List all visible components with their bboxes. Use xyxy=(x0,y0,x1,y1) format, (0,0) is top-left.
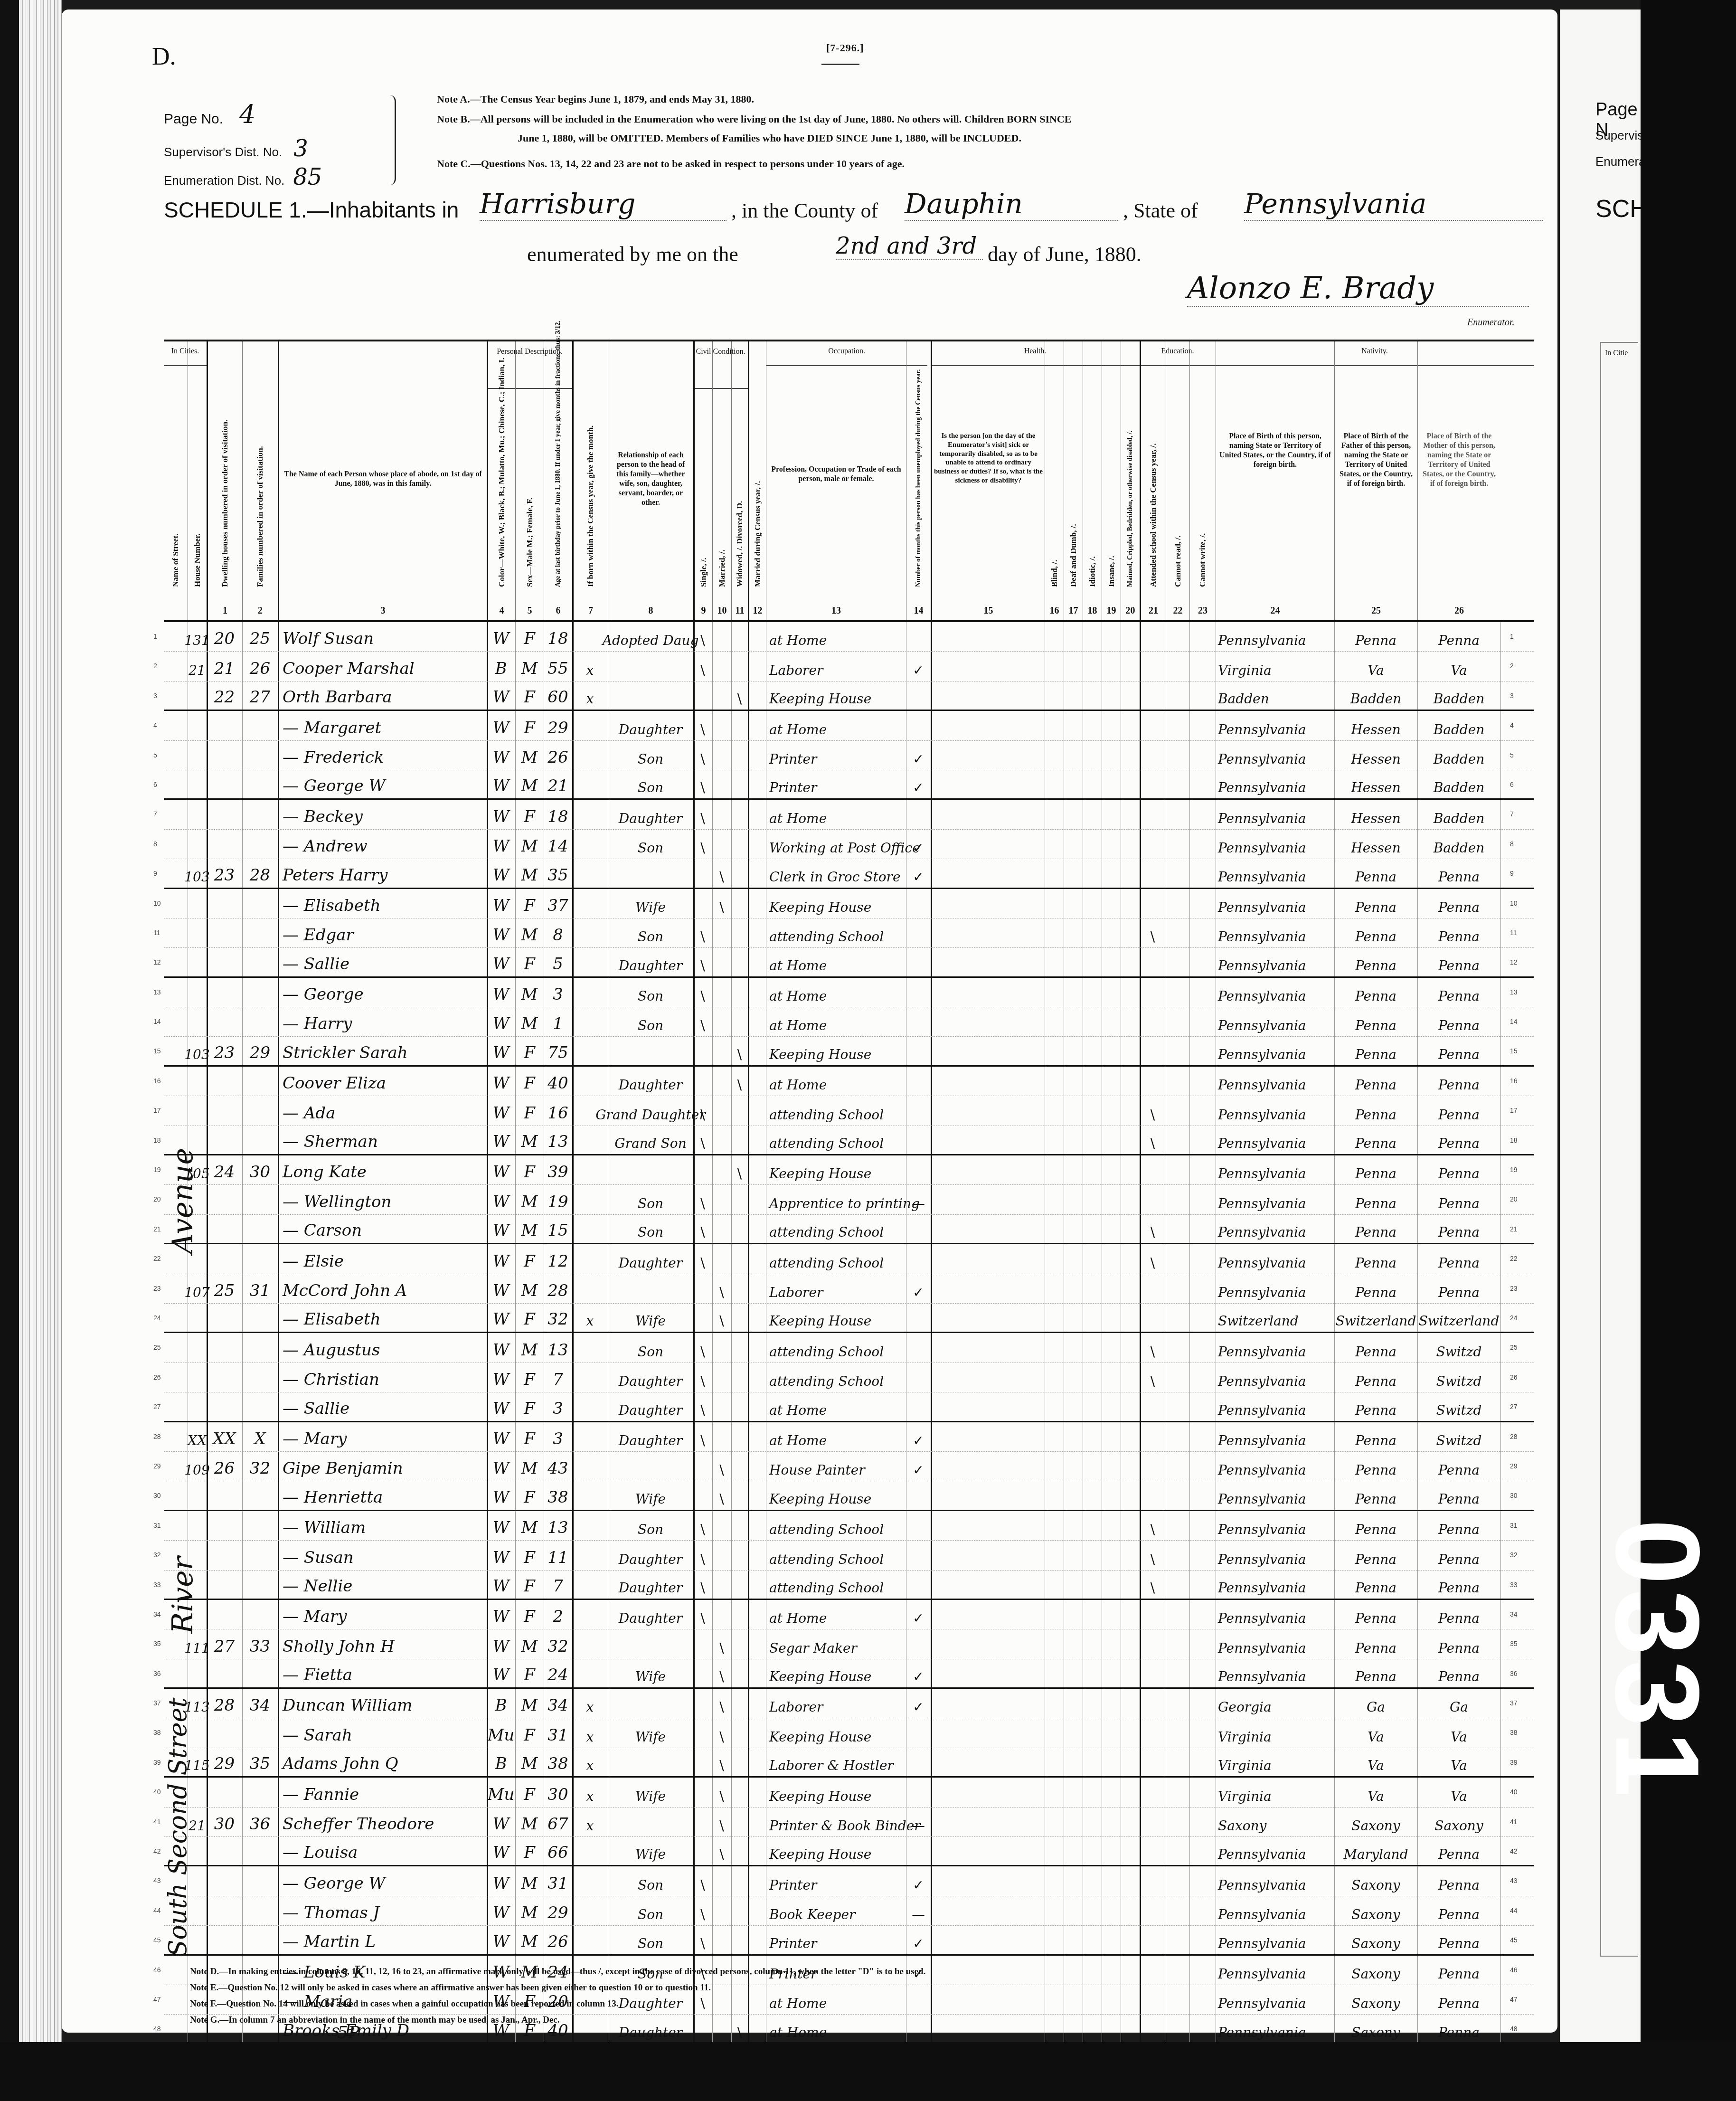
cell-married xyxy=(712,1007,731,1036)
line-number: 12 xyxy=(1510,958,1518,966)
line-number: 34 xyxy=(153,1610,161,1618)
cell-occupation: Keeping House xyxy=(769,889,906,918)
cell-school xyxy=(1140,2015,1166,2043)
cell-single xyxy=(693,1837,712,1865)
cell-father: Saxony xyxy=(1334,1985,1417,2014)
cell-color: W xyxy=(487,1571,515,1599)
table-row: 212126Cooper MarshalBM55x\Laborer✓Virgin… xyxy=(164,652,1534,681)
cell-family xyxy=(242,1067,278,1096)
cell-widowed xyxy=(731,1481,748,1509)
cell-unemployed xyxy=(906,1333,931,1362)
cell-color: W xyxy=(487,1185,515,1214)
cell-mother: Penna xyxy=(1417,1481,1500,1509)
cell-married xyxy=(712,1866,731,1895)
cell-name: Long Kate xyxy=(283,1155,487,1184)
cell-relation: Daughter xyxy=(608,1244,693,1273)
cell-house xyxy=(188,978,207,1007)
note-e: Note E.—Question No. 12 will only be ask… xyxy=(190,1980,925,1996)
cell-relation: Son xyxy=(608,1007,693,1036)
cell-house xyxy=(188,681,207,710)
col-sex: Sex—Male M.; Female, F.5 xyxy=(515,341,544,620)
cell-relation xyxy=(608,1452,693,1481)
line-number: 4 xyxy=(153,721,157,729)
cell-sex: M xyxy=(515,859,544,887)
cell-father: Penna xyxy=(1334,1481,1417,1509)
divider xyxy=(821,64,859,65)
cell-mother: Penna xyxy=(1417,1244,1500,1273)
cell-father: Penna xyxy=(1334,1037,1417,1065)
cell-occupation: at Home xyxy=(769,800,906,829)
cell-school xyxy=(1140,1007,1166,1036)
cell-family: X xyxy=(242,1422,278,1451)
cell-school xyxy=(1140,1392,1166,1420)
cell-single: \ xyxy=(693,1896,712,1925)
cell-mother: Badden xyxy=(1417,830,1500,859)
cell-widowed xyxy=(731,711,748,740)
cell-school xyxy=(1140,1067,1166,1096)
cell-married: \ xyxy=(712,889,731,918)
cell-birth: Pennsylvania xyxy=(1218,711,1334,740)
line-number: 33 xyxy=(1510,1581,1518,1589)
cell-widowed xyxy=(731,1422,748,1451)
cell-married xyxy=(712,770,731,798)
cell-father: Va xyxy=(1334,1718,1417,1747)
cell-married xyxy=(712,1422,731,1451)
cell-mother: Penna xyxy=(1417,1067,1500,1096)
line-number: 42 xyxy=(1510,1847,1518,1855)
cell-unemployed: ✓ xyxy=(906,1600,931,1629)
cell-house xyxy=(188,1067,207,1096)
cell-sex: M xyxy=(515,1452,544,1481)
cell-age: 67 xyxy=(544,1808,572,1836)
cell-relation xyxy=(608,1808,693,1836)
cell-family: 25 xyxy=(242,622,278,651)
line-number: 23 xyxy=(1510,1285,1518,1292)
table-row: — FrederickWM26Son\Printer✓PennsylvaniaH… xyxy=(164,741,1534,770)
cell-relation: Daughter xyxy=(608,1422,693,1451)
cell-married: \ xyxy=(712,1481,731,1509)
cell-occupation: at Home xyxy=(769,978,906,1007)
cell-single xyxy=(693,1718,712,1747)
cell-sex: F xyxy=(515,1541,544,1570)
cell-occupation: Segar Maker xyxy=(769,1629,906,1658)
cell-house: 103 xyxy=(188,1037,207,1065)
cell-color: B xyxy=(487,652,515,681)
cell-married: \ xyxy=(712,1659,731,1687)
cell-dwelling xyxy=(207,1185,242,1214)
cell-unemployed xyxy=(906,800,931,829)
cell-month xyxy=(572,1571,608,1599)
col-street: Name of Street. xyxy=(164,341,188,620)
cell-mother: Penna xyxy=(1417,2015,1500,2043)
cell-color: W xyxy=(487,1896,515,1925)
table-row: — HarryWM1Son\at HomePennsylvaniaPennaPe… xyxy=(164,1007,1534,1037)
cell-age: 31 xyxy=(544,1718,572,1747)
table-row: — FiettaWF24Wife\Keeping House✓Pennsylva… xyxy=(164,1659,1534,1689)
line-number: 40 xyxy=(1510,1788,1518,1796)
cell-relation: Daughter xyxy=(608,1067,693,1096)
cell-sex: F xyxy=(515,948,544,976)
cell-married: \ xyxy=(712,1837,731,1865)
cell-widowed xyxy=(731,948,748,976)
cell-age: 12 xyxy=(544,1244,572,1273)
cell-age: 66 xyxy=(544,1837,572,1865)
cell-birth: Pennsylvania xyxy=(1218,1126,1334,1154)
cell-family: 30 xyxy=(242,1155,278,1184)
cell-dwelling: 27 xyxy=(207,1629,242,1658)
cell-mother: Penna xyxy=(1417,918,1500,947)
cell-birth: Pennsylvania xyxy=(1218,1541,1334,1570)
cell-month xyxy=(572,1600,608,1629)
cell-color: W xyxy=(487,1541,515,1570)
cell-single xyxy=(693,1481,712,1509)
cell-school xyxy=(1140,830,1166,859)
table-row: — SusanWF11Daughter\attending School\Pen… xyxy=(164,1541,1534,1570)
cell-relation: Wife xyxy=(608,1659,693,1687)
line-number: 5 xyxy=(153,751,157,759)
line-number: 21 xyxy=(153,1225,161,1233)
cell-family xyxy=(242,1244,278,1273)
cell-house xyxy=(188,830,207,859)
cell-unemployed: — xyxy=(906,1185,931,1214)
line-number: 26 xyxy=(153,1373,161,1381)
cell-mother: Switzd xyxy=(1417,1422,1500,1451)
cell-school xyxy=(1140,1926,1166,1954)
cell-relation: Wife xyxy=(608,1304,693,1332)
line-number: 31 xyxy=(153,1522,161,1529)
cell-mother: Penna xyxy=(1417,1541,1500,1570)
line-number: 12 xyxy=(153,958,161,966)
cell-month: x xyxy=(572,681,608,710)
census-table: In Cities. Personal Description. Civil C… xyxy=(164,340,1534,2101)
cell-name: Wolf Susan xyxy=(283,622,487,651)
cell-sex: F xyxy=(515,1392,544,1420)
cell-name: — Wellington xyxy=(283,1185,487,1214)
cell-school xyxy=(1140,1274,1166,1303)
cell-dwelling xyxy=(207,978,242,1007)
cell-married: \ xyxy=(712,1718,731,1747)
cell-school: \ xyxy=(1140,1333,1166,1362)
cell-single xyxy=(693,889,712,918)
page-number-value: 4 xyxy=(239,100,255,130)
cell-dwelling xyxy=(207,1363,242,1392)
cell-age: 21 xyxy=(544,770,572,798)
cell-birth: Pennsylvania xyxy=(1218,1067,1334,1096)
cell-color: W xyxy=(487,830,515,859)
cell-relation: Son xyxy=(608,1215,693,1243)
cell-month xyxy=(572,1037,608,1065)
cell-family: 34 xyxy=(242,1689,278,1718)
cell-father: Penna xyxy=(1334,1363,1417,1392)
cell-widowed xyxy=(731,1215,748,1243)
cell-name: Adams John Q xyxy=(283,1748,487,1776)
line-number: 45 xyxy=(153,1936,161,1944)
cell-occupation: attending School xyxy=(769,1096,906,1125)
cell-sex: F xyxy=(515,1718,544,1747)
day-label: day of June, 1880. xyxy=(988,242,1142,266)
cell-unemployed xyxy=(906,1007,931,1036)
cell-father: Badden xyxy=(1334,681,1417,710)
cell-unemployed: ✓ xyxy=(906,1659,931,1687)
line-number: 11 xyxy=(1510,929,1517,937)
line-number: 2 xyxy=(153,662,157,670)
cell-house xyxy=(188,1304,207,1332)
cell-unemployed xyxy=(906,1571,931,1599)
line-number: 22 xyxy=(153,1255,161,1262)
cell-dwelling: 29 xyxy=(207,1748,242,1776)
supervisor-district-value: 3 xyxy=(293,135,308,162)
cell-house xyxy=(188,1333,207,1362)
enumeration-district-field: Enumeration Dist. No. 85 xyxy=(164,164,322,190)
cell-month xyxy=(572,1126,608,1154)
cell-mother: Switzd xyxy=(1417,1333,1500,1362)
cell-occupation: Printer xyxy=(769,770,906,798)
cell-house xyxy=(188,711,207,740)
cell-mother: Va xyxy=(1417,1778,1500,1807)
cell-relation: Son xyxy=(608,1185,693,1214)
cell-sex: F xyxy=(515,889,544,918)
cell-mother: Penna xyxy=(1417,1037,1500,1065)
county-label: , in the County of xyxy=(731,199,878,223)
cell-occupation: Keeping House xyxy=(769,1718,906,1747)
cell-married: \ xyxy=(712,1304,731,1332)
line-number: 20 xyxy=(153,1195,161,1203)
page-edges xyxy=(19,0,62,2101)
cell-sex: F xyxy=(515,800,544,829)
cell-mother: Penna xyxy=(1417,1659,1500,1687)
cell-relation: Wife xyxy=(608,1481,693,1509)
cell-father: Saxony xyxy=(1334,1956,1417,1985)
cell-sex: M xyxy=(515,1866,544,1895)
cell-unemployed xyxy=(906,681,931,710)
cell-month xyxy=(572,1541,608,1570)
cell-month xyxy=(572,1481,608,1509)
cell-dwelling xyxy=(207,1600,242,1629)
line-number: 46 xyxy=(153,1966,161,1974)
cell-family xyxy=(242,1837,278,1865)
cell-widowed xyxy=(731,1571,748,1599)
line-number: 18 xyxy=(153,1136,161,1144)
cell-dwelling: 23 xyxy=(207,1037,242,1065)
cell-birth: Pennsylvania xyxy=(1218,1274,1334,1303)
cell-birth: Pennsylvania xyxy=(1218,1481,1334,1509)
cell-relation: Wife xyxy=(608,1778,693,1807)
cell-school: \ xyxy=(1140,918,1166,947)
cell-occupation: Book Keeper xyxy=(769,1896,906,1925)
cell-unemployed xyxy=(906,1511,931,1540)
cell-family: 32 xyxy=(242,1452,278,1481)
cell-single: \ xyxy=(693,1866,712,1895)
cell-name: — William xyxy=(283,1511,487,1540)
line-number: 7 xyxy=(153,810,157,818)
cell-father: Saxony xyxy=(1334,1926,1417,1954)
table-row: — GeorgeWM3Son\at HomePennsylvaniaPennaP… xyxy=(164,978,1534,1007)
cell-age: 40 xyxy=(544,1067,572,1096)
cell-family xyxy=(242,1659,278,1687)
cell-mother: Penna xyxy=(1417,1452,1500,1481)
cell-age: 24 xyxy=(544,1659,572,1687)
cell-school xyxy=(1140,741,1166,770)
cell-color: W xyxy=(487,1274,515,1303)
col-unemployed: Number of months this person has been un… xyxy=(906,341,931,620)
col-birth-month: If born within the Census year, give the… xyxy=(572,341,608,620)
cell-month xyxy=(572,1067,608,1096)
cell-name: — Fannie xyxy=(283,1778,487,1807)
schedule-title: SCHEDULE 1.—Inhabitants in xyxy=(164,197,459,223)
cell-occupation: Printer xyxy=(769,1926,906,1954)
cell-house xyxy=(188,770,207,798)
line-number: 11 xyxy=(153,929,160,937)
cell-house xyxy=(188,1096,207,1125)
cell-color: Mu xyxy=(487,1718,515,1747)
cell-married xyxy=(712,1896,731,1925)
col-dwelling: Dwelling houses numbered in order of vis… xyxy=(207,341,242,620)
cell-widowed xyxy=(731,1304,748,1332)
cell-name: — George W xyxy=(283,1866,487,1895)
cell-dwelling xyxy=(207,1837,242,1865)
cell-name: — Christian xyxy=(283,1363,487,1392)
cell-house: 21 xyxy=(188,652,207,681)
cell-married xyxy=(712,741,731,770)
cell-month xyxy=(572,1007,608,1036)
cell-family xyxy=(242,1304,278,1332)
cell-name: — Sallie xyxy=(283,1392,487,1420)
cell-widowed xyxy=(731,1629,748,1658)
cell-sex: F xyxy=(515,1096,544,1125)
state-label: , State of xyxy=(1123,199,1198,223)
film-frame-number: 0331 xyxy=(1589,1519,1726,1657)
cell-mother: Penna xyxy=(1417,1600,1500,1629)
cell-birth: Pennsylvania xyxy=(1218,1629,1334,1658)
cell-color: W xyxy=(487,1452,515,1481)
cell-month: x xyxy=(572,1748,608,1776)
cell-age: 32 xyxy=(544,1304,572,1332)
table-row: — George WWM21Son\Printer✓PennsylvaniaHe… xyxy=(164,770,1534,800)
cell-birth: Pennsylvania xyxy=(1218,1600,1334,1629)
line-number: 29 xyxy=(153,1462,161,1470)
cell-house xyxy=(188,1659,207,1687)
cell-age: 14 xyxy=(544,830,572,859)
col-married: Married, /.10 xyxy=(712,341,731,620)
cell-birth: Pennsylvania xyxy=(1218,741,1334,770)
col-birthplace: Place of Birth of this person, naming St… xyxy=(1216,341,1334,620)
line-number: 43 xyxy=(153,1877,161,1884)
state-field: Pennsylvania xyxy=(1244,188,1543,221)
table-row: 1152935Adams John QBM38x\Laborer & Hostl… xyxy=(164,1748,1534,1778)
cell-dwelling xyxy=(207,741,242,770)
cell-month xyxy=(572,1926,608,1954)
line-number: 20 xyxy=(1510,1195,1518,1203)
cell-sex: F xyxy=(515,1422,544,1451)
cell-occupation: at Home xyxy=(769,1007,906,1036)
cell-age: 29 xyxy=(544,711,572,740)
cell-house: 111 xyxy=(188,1629,207,1658)
line-number: 29 xyxy=(1510,1462,1518,1470)
cell-name: — Nellie xyxy=(283,1571,487,1599)
census-rows: 1312025Wolf SusanWF18Adopted Daug\at Hom… xyxy=(164,622,1534,2101)
cell-name: — Fietta xyxy=(283,1659,487,1687)
line-number: 34 xyxy=(1510,1610,1518,1618)
cell-relation xyxy=(608,859,693,887)
enumeration-district-value: 85 xyxy=(293,164,322,190)
cell-sex: M xyxy=(515,1926,544,1954)
line-number: 3 xyxy=(153,692,157,700)
line-number: 3 xyxy=(1510,692,1514,700)
cell-father: Saxony xyxy=(1334,1866,1417,1895)
cell-sex: M xyxy=(515,978,544,1007)
cell-widowed xyxy=(731,1541,748,1570)
cell-single: \ xyxy=(693,1096,712,1125)
cell-mother: Penna xyxy=(1417,1511,1500,1540)
cell-birth: Switzerland xyxy=(1218,1304,1334,1332)
cell-name: Orth Barbara xyxy=(283,681,487,710)
cell-sex: M xyxy=(515,1689,544,1718)
cell-birth: Pennsylvania xyxy=(1218,830,1334,859)
line-number: 40 xyxy=(153,1788,161,1796)
cell-house xyxy=(188,889,207,918)
cell-age: 13 xyxy=(544,1511,572,1540)
cell-mother: Ga xyxy=(1417,1689,1500,1718)
line-number: 37 xyxy=(153,1699,161,1707)
cell-name: Peters Harry xyxy=(283,859,487,887)
cell-widowed xyxy=(731,770,748,798)
cell-widowed xyxy=(731,1096,748,1125)
cell-occupation: attending School xyxy=(769,1126,906,1154)
cell-month: x xyxy=(572,652,608,681)
cell-dwelling xyxy=(207,830,242,859)
cell-name: Duncan William xyxy=(283,1689,487,1718)
cell-widowed xyxy=(731,1926,748,1954)
cell-sex: F xyxy=(515,1659,544,1687)
cell-family xyxy=(242,1511,278,1540)
cell-school: \ xyxy=(1140,1244,1166,1273)
cell-school xyxy=(1140,1452,1166,1481)
cell-birth: Saxony xyxy=(1218,1808,1334,1836)
cell-color: W xyxy=(487,1926,515,1954)
cell-father: Penna xyxy=(1334,1185,1417,1214)
cell-single xyxy=(693,1629,712,1658)
cell-birth: Pennsylvania xyxy=(1218,918,1334,947)
cell-unemployed xyxy=(906,1037,931,1065)
cell-dwelling xyxy=(207,800,242,829)
line-number: 1 xyxy=(1510,633,1514,640)
cell-birth: Pennsylvania xyxy=(1218,1866,1334,1895)
cell-family xyxy=(242,770,278,798)
cell-father: Penna xyxy=(1334,1629,1417,1658)
line-number: 26 xyxy=(1510,1373,1518,1381)
cell-age: 34 xyxy=(544,1689,572,1718)
cell-widowed xyxy=(731,918,748,947)
cell-father: Hessen xyxy=(1334,830,1417,859)
cell-birth: Pennsylvania xyxy=(1218,948,1334,976)
cell-occupation: Apprentice to printing xyxy=(769,1185,906,1214)
col-deaf: Deaf and Dumb, /.17 xyxy=(1064,341,1083,620)
note-b-cont: June 1, 1880, will be OMITTED. Members o… xyxy=(518,132,1021,144)
cell-color: W xyxy=(487,1808,515,1836)
cell-age: 5 xyxy=(544,948,572,976)
cell-family: 29 xyxy=(242,1037,278,1065)
cell-dwelling xyxy=(207,711,242,740)
cell-relation: Daughter xyxy=(608,1392,693,1420)
cell-month xyxy=(572,918,608,947)
cell-school xyxy=(1140,948,1166,976)
cell-mother: Badden xyxy=(1417,770,1500,798)
cell-occupation: attending School xyxy=(769,1333,906,1362)
cell-month: x xyxy=(572,1808,608,1836)
cell-sex: M xyxy=(515,1808,544,1836)
cell-widowed xyxy=(731,1748,748,1776)
cell-school xyxy=(1140,1689,1166,1718)
